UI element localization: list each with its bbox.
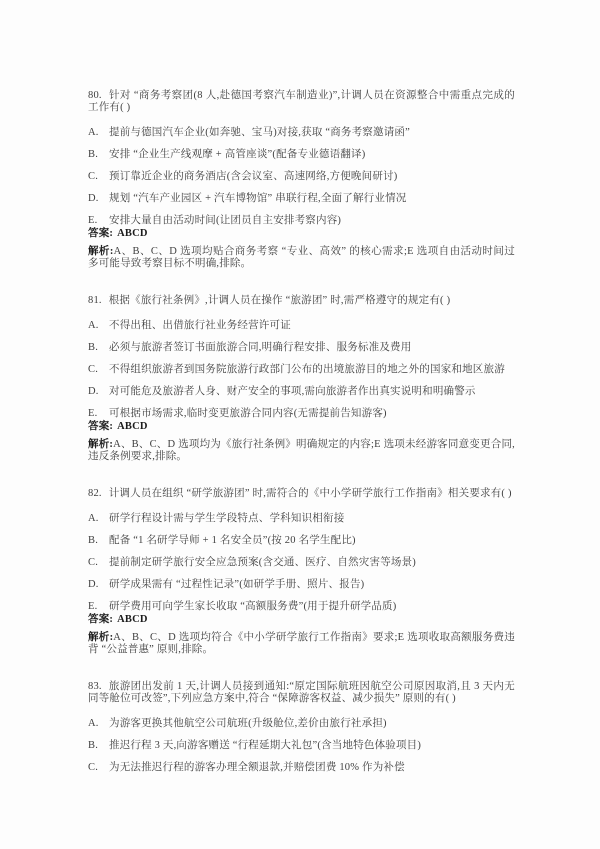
option-text: 预订靠近企业的商务酒店(含会议室、高速网络,方便晚间研讨) [109, 171, 397, 182]
option-label: B. [88, 149, 109, 161]
option-label: C. [88, 171, 109, 183]
option-text: 研学成果需有 “过程性记录”(如研学手册、照片、报告) [109, 579, 364, 590]
option-text: 可根据市场需求,临时变更旅游合同内容(无需提前告知游客) [109, 408, 387, 419]
document-page: 80.针对 “商务考察团(8 人,赴德国考察汽车制造业)”,计调人员在资源整合中… [0, 0, 600, 849]
option-row: B.推迟行程 3 天,向游客赠送 “行程延期大礼包”(含当地特色体验项目) [88, 740, 515, 752]
answer-line: 答案:ABCD [88, 228, 515, 240]
option-label: A. [88, 718, 109, 730]
option-label: A. [88, 513, 109, 525]
answer-label: 答案: [88, 614, 113, 625]
option-label: B. [88, 535, 109, 547]
option-text: 不得组织旅游者到国务院旅游行政部门公布的出境旅游目的地之外的国家和地区旅游 [109, 364, 505, 375]
option-label: E. [88, 601, 109, 613]
option-label: A. [88, 127, 109, 139]
question-body: 旅游团出发前 1 天,计调人员接到通知:“原定国际航班因航空公司原因取消,且 3… [88, 681, 515, 704]
question-body: 计调人员在组织 “研学旅游团” 时,需符合的《中小学研学旅行工作指南》相关要求有… [109, 488, 512, 499]
question-text: 81.根据《旅行社条例》,计调人员在操作 “旅游团” 时,需严格遵守的规定有( … [88, 295, 515, 307]
option-label: B. [88, 740, 109, 752]
option-text: 安排大量自由活动时间(让团员自主安排考察内容) [109, 215, 341, 226]
question-number: 81. [88, 295, 102, 306]
option-label: E. [88, 215, 109, 227]
question-block-82: 82.计调人员在组织 “研学旅游团” 时,需符合的《中小学研学旅行工作指南》相关… [88, 488, 515, 656]
option-row: A.提前与德国汽车企业(如奔驰、宝马)对接,获取 “商务考察邀请函” [88, 127, 515, 139]
option-row: E.安排大量自由活动时间(让团员自主安排考察内容) [88, 215, 515, 227]
answer-value: ABCD [117, 228, 148, 239]
option-label: E. [88, 408, 109, 420]
option-row: D.研学成果需有 “过程性记录”(如研学手册、照片、报告) [88, 579, 515, 591]
option-row: B.必须与旅游者签订书面旅游合同,明确行程安排、服务标准及费用 [88, 342, 515, 354]
question-body: 根据《旅行社条例》,计调人员在操作 “旅游团” 时,需严格遵守的规定有( ) [109, 295, 451, 306]
option-row: D.规划 “汽车产业园区 + 汽车博物馆” 串联行程,全面了解行业情况 [88, 193, 515, 205]
option-label: C. [88, 557, 109, 569]
option-text: 提前制定研学旅行安全应急预案(含交通、医疗、自然灾害等场景) [109, 557, 416, 568]
option-text: 为无法推迟行程的游客办理全额退款,并赔偿团费 10% 作为补偿 [109, 762, 405, 773]
analysis-line: 解析:A、B、C、D 选项均贴合商务考察 “专业、高效” 的核心需求;E 选项自… [88, 246, 515, 270]
option-row: E.可根据市场需求,临时变更旅游合同内容(无需提前告知游客) [88, 408, 515, 420]
option-row: A.不得出租、出借旅行社业务经营许可证 [88, 320, 515, 332]
question-text: 80.针对 “商务考察团(8 人,赴德国考察汽车制造业)”,计调人员在资源整合中… [88, 90, 515, 114]
option-label: D. [88, 386, 109, 398]
question-block-81: 81.根据《旅行社条例》,计调人员在操作 “旅游团” 时,需严格遵守的规定有( … [88, 295, 515, 463]
answer-label: 答案: [88, 228, 113, 239]
option-text: 为游客更换其他航空公司航班(升级舱位,差价由旅行社承担) [109, 718, 387, 729]
analysis-label: 解析: [88, 246, 114, 257]
analysis-label: 解析: [88, 439, 113, 450]
answer-value: ABCD [117, 614, 148, 625]
option-label: C. [88, 364, 109, 376]
option-row: D.对可能危及旅游者人身、财产安全的事项,需向旅游者作出真实说明和明确警示 [88, 386, 515, 398]
document-content: 80.针对 “商务考察团(8 人,赴德国考察汽车制造业)”,计调人员在资源整合中… [88, 90, 515, 799]
answer-line: 答案:ABCD [88, 421, 515, 433]
analysis-line: 解析:A、B、C、D 选项均为《旅行社条例》明确规定的内容;E 选项未经游客同意… [88, 439, 515, 463]
option-text: 研学费用可向学生家长收取 “高额服务费”(用于提升研学品质) [109, 601, 396, 612]
question-block-83: 83.旅游团出发前 1 天,计调人员接到通知:“原定国际航班因航空公司原因取消,… [88, 681, 515, 774]
option-text: 配备 “1 名研学导师 + 1 名安全员”(按 20 名学生配比) [109, 535, 356, 546]
option-text: 提前与德国汽车企业(如奔驰、宝马)对接,获取 “商务考察邀请函” [109, 127, 410, 138]
option-row: E.研学费用可向学生家长收取 “高额服务费”(用于提升研学品质) [88, 601, 515, 613]
option-text: 研学行程设计需与学生学段特点、学科知识相衔接 [109, 513, 344, 524]
option-row: A.为游客更换其他航空公司航班(升级舱位,差价由旅行社承担) [88, 718, 515, 730]
option-label: A. [88, 320, 109, 332]
option-text: 安排 “企业生产线观摩 + 高管座谈”(配备专业德语翻译) [109, 149, 365, 160]
option-text: 不得出租、出借旅行社业务经营许可证 [109, 320, 291, 331]
analysis-line: 解析:A、B、C、D 选项均符合《中小学研学旅行工作指南》要求;E 选项收取高额… [88, 632, 515, 656]
question-number: 80. [88, 90, 102, 101]
option-label: B. [88, 342, 109, 354]
answer-value: ABCD [117, 421, 148, 432]
analysis-text: A、B、C、D 选项均为《旅行社条例》明确规定的内容;E 选项未经游客同意变更合… [88, 439, 515, 462]
option-row: C.为无法推迟行程的游客办理全额退款,并赔偿团费 10% 作为补偿 [88, 762, 515, 774]
option-text: 对可能危及旅游者人身、财产安全的事项,需向旅游者作出真实说明和明确警示 [109, 386, 476, 397]
answer-label: 答案: [88, 421, 113, 432]
option-row: B.配备 “1 名研学导师 + 1 名安全员”(按 20 名学生配比) [88, 535, 515, 547]
option-text: 推迟行程 3 天,向游客赠送 “行程延期大礼包”(含当地特色体验项目) [109, 740, 421, 751]
option-row: C.不得组织旅游者到国务院旅游行政部门公布的出境旅游目的地之外的国家和地区旅游 [88, 364, 515, 376]
analysis-text: A、B、C、D 选项均符合《中小学研学旅行工作指南》要求;E 选项收取高额服务费… [88, 632, 515, 655]
option-row: C.提前制定研学旅行安全应急预案(含交通、医疗、自然灾害等场景) [88, 557, 515, 569]
answer-line: 答案:ABCD [88, 614, 515, 626]
analysis-text: A、B、C、D 选项均贴合商务考察 “专业、高效” 的核心需求;E 选项自由活动… [88, 246, 515, 269]
option-text: 必须与旅游者签订书面旅游合同,明确行程安排、服务标准及费用 [109, 342, 411, 353]
question-block-80: 80.针对 “商务考察团(8 人,赴德国考察汽车制造业)”,计调人员在资源整合中… [88, 90, 515, 270]
option-label: D. [88, 193, 109, 205]
option-label: C. [88, 762, 109, 774]
question-body: 针对 “商务考察团(8 人,赴德国考察汽车制造业)”,计调人员在资源整合中需重点… [88, 90, 515, 113]
option-row: C.预订靠近企业的商务酒店(含会议室、高速网络,方便晚间研讨) [88, 171, 515, 183]
option-label: D. [88, 579, 109, 591]
question-text: 83.旅游团出发前 1 天,计调人员接到通知:“原定国际航班因航空公司原因取消,… [88, 681, 515, 705]
question-text: 82.计调人员在组织 “研学旅游团” 时,需符合的《中小学研学旅行工作指南》相关… [88, 488, 515, 500]
option-row: A.研学行程设计需与学生学段特点、学科知识相衔接 [88, 513, 515, 525]
analysis-label: 解析: [88, 632, 113, 643]
question-number: 83. [88, 681, 102, 692]
option-row: B.安排 “企业生产线观摩 + 高管座谈”(配备专业德语翻译) [88, 149, 515, 161]
question-number: 82. [88, 488, 102, 499]
option-text: 规划 “汽车产业园区 + 汽车博物馆” 串联行程,全面了解行业情况 [109, 193, 406, 204]
